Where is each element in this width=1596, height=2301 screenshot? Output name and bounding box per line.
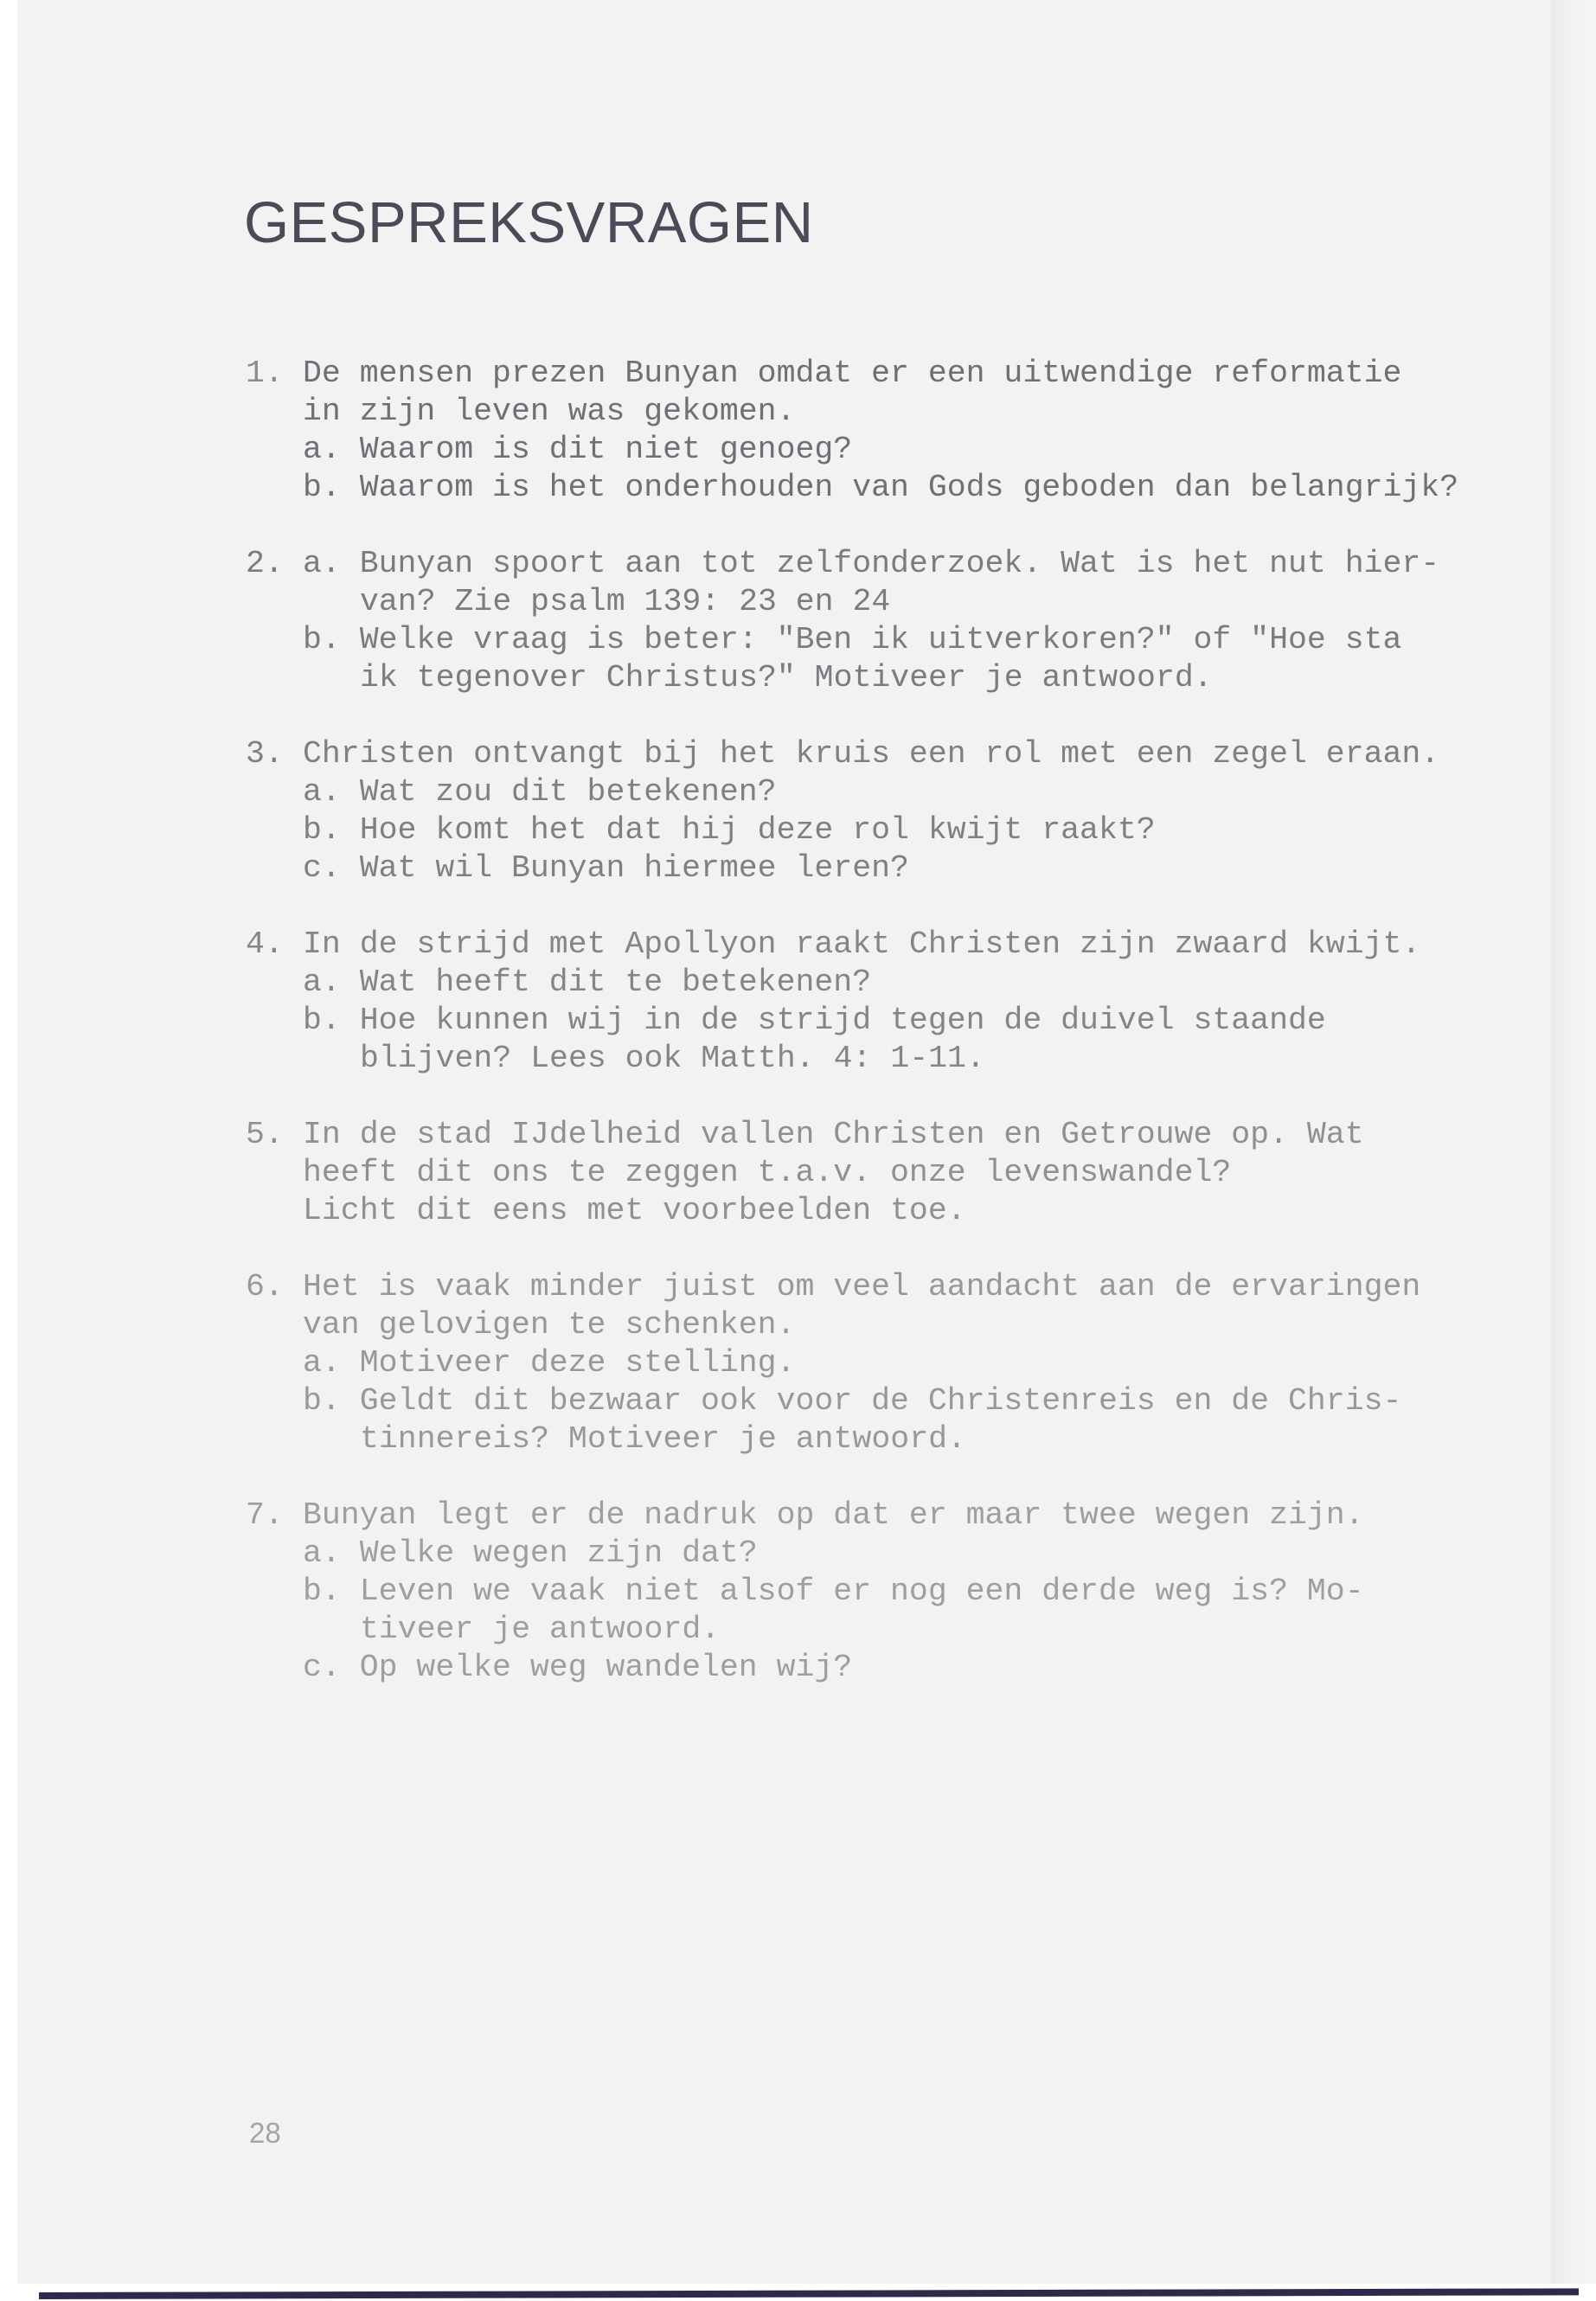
sub-question-line: c. Wat wil Bunyan hiermee leren?: [246, 849, 1526, 888]
page-number: 28: [249, 2117, 281, 2150]
question-number: 1.: [246, 355, 284, 393]
sub-question-line: a. Bunyan spoort aan tot zelfonderzoek. …: [246, 545, 1526, 583]
question-line: De mensen prezen Bunyan omdat er een uit…: [246, 355, 1526, 393]
continuation-line: blijven? Lees ook Matth. 4: 1-11.: [246, 1040, 1526, 1078]
question-item: 3.Christen ontvangt bij het kruis een ro…: [246, 735, 1526, 888]
question-item: 6.Het is vaak minder juist om veel aanda…: [246, 1268, 1526, 1458]
question-number: 3.: [246, 735, 284, 773]
question-item: 2.a. Bunyan spoort aan tot zelfonderzoek…: [246, 545, 1526, 697]
sub-question-line: c. Op welke weg wandelen wij?: [246, 1649, 1526, 1687]
question-line: In de strijd met Apollyon raakt Christen…: [246, 926, 1526, 964]
question-line: Licht dit eens met voorbeelden toe.: [246, 1192, 1526, 1230]
sub-question-line: a. Wat heeft dit te betekenen?: [246, 964, 1526, 1002]
bottom-edge-bar: [39, 2288, 1579, 2299]
question-line: Bunyan legt er de nadruk op dat er maar …: [246, 1497, 1526, 1535]
sub-question-line: b. Hoe kunnen wij in de strijd tegen de …: [246, 1002, 1526, 1040]
continuation-line: van? Zie psalm 139: 23 en 24: [246, 583, 1526, 621]
page-title: GESPREKSVRAGEN: [244, 194, 814, 252]
continuation-line: ik tegenover Christus?" Motiveer je antw…: [246, 659, 1526, 697]
question-line: Het is vaak minder juist om veel aandach…: [246, 1268, 1526, 1306]
page-right-edge-shadow: [1551, 0, 1596, 2284]
question-item: 5.In de stad IJdelheid vallen Christen e…: [246, 1116, 1526, 1230]
scanned-page: GESPREKSVRAGEN 1.De mensen prezen Bunyan…: [0, 0, 1596, 2301]
sub-question-line: b. Hoe komt het dat hij deze rol kwijt r…: [246, 811, 1526, 849]
sub-question-line: a. Welke wegen zijn dat?: [246, 1535, 1526, 1573]
question-line: Christen ontvangt bij het kruis een rol …: [246, 735, 1526, 773]
question-number: 6.: [246, 1268, 284, 1306]
continuation-line: tinnereis? Motiveer je antwoord.: [246, 1420, 1526, 1458]
continuation-line: tiveer je antwoord.: [246, 1611, 1526, 1649]
question-line: In de stad IJdelheid vallen Christen en …: [246, 1116, 1526, 1154]
question-number: 7.: [246, 1497, 284, 1535]
question-line: heeft dit ons te zeggen t.a.v. onze leve…: [246, 1154, 1526, 1192]
sub-question-line: a. Waarom is dit niet genoeg?: [246, 431, 1526, 469]
sub-question-line: a. Wat zou dit betekenen?: [246, 773, 1526, 811]
sub-question-line: b. Welke vraag is beter: "Ben ik uitverk…: [246, 621, 1526, 659]
sub-question-line: a. Motiveer deze stelling.: [246, 1344, 1526, 1382]
question-number: 5.: [246, 1116, 284, 1154]
sub-question-line: b. Waarom is het onderhouden van Gods ge…: [246, 469, 1526, 507]
sub-question-line: b. Geldt dit bezwaar ook voor de Christe…: [246, 1382, 1526, 1420]
question-list: 1.De mensen prezen Bunyan omdat er een u…: [246, 355, 1526, 1725]
question-item: 7.Bunyan legt er de nadruk op dat er maa…: [246, 1497, 1526, 1687]
question-number: 2.: [246, 545, 284, 583]
question-line: van gelovigen te schenken.: [246, 1306, 1526, 1344]
question-number: 4.: [246, 926, 284, 964]
question-item: 1.De mensen prezen Bunyan omdat er een u…: [246, 355, 1526, 507]
question-item: 4.In de strijd met Apollyon raakt Christ…: [246, 926, 1526, 1078]
sub-question-line: b. Leven we vaak niet alsof er nog een d…: [246, 1573, 1526, 1611]
question-line: in zijn leven was gekomen.: [246, 393, 1526, 431]
